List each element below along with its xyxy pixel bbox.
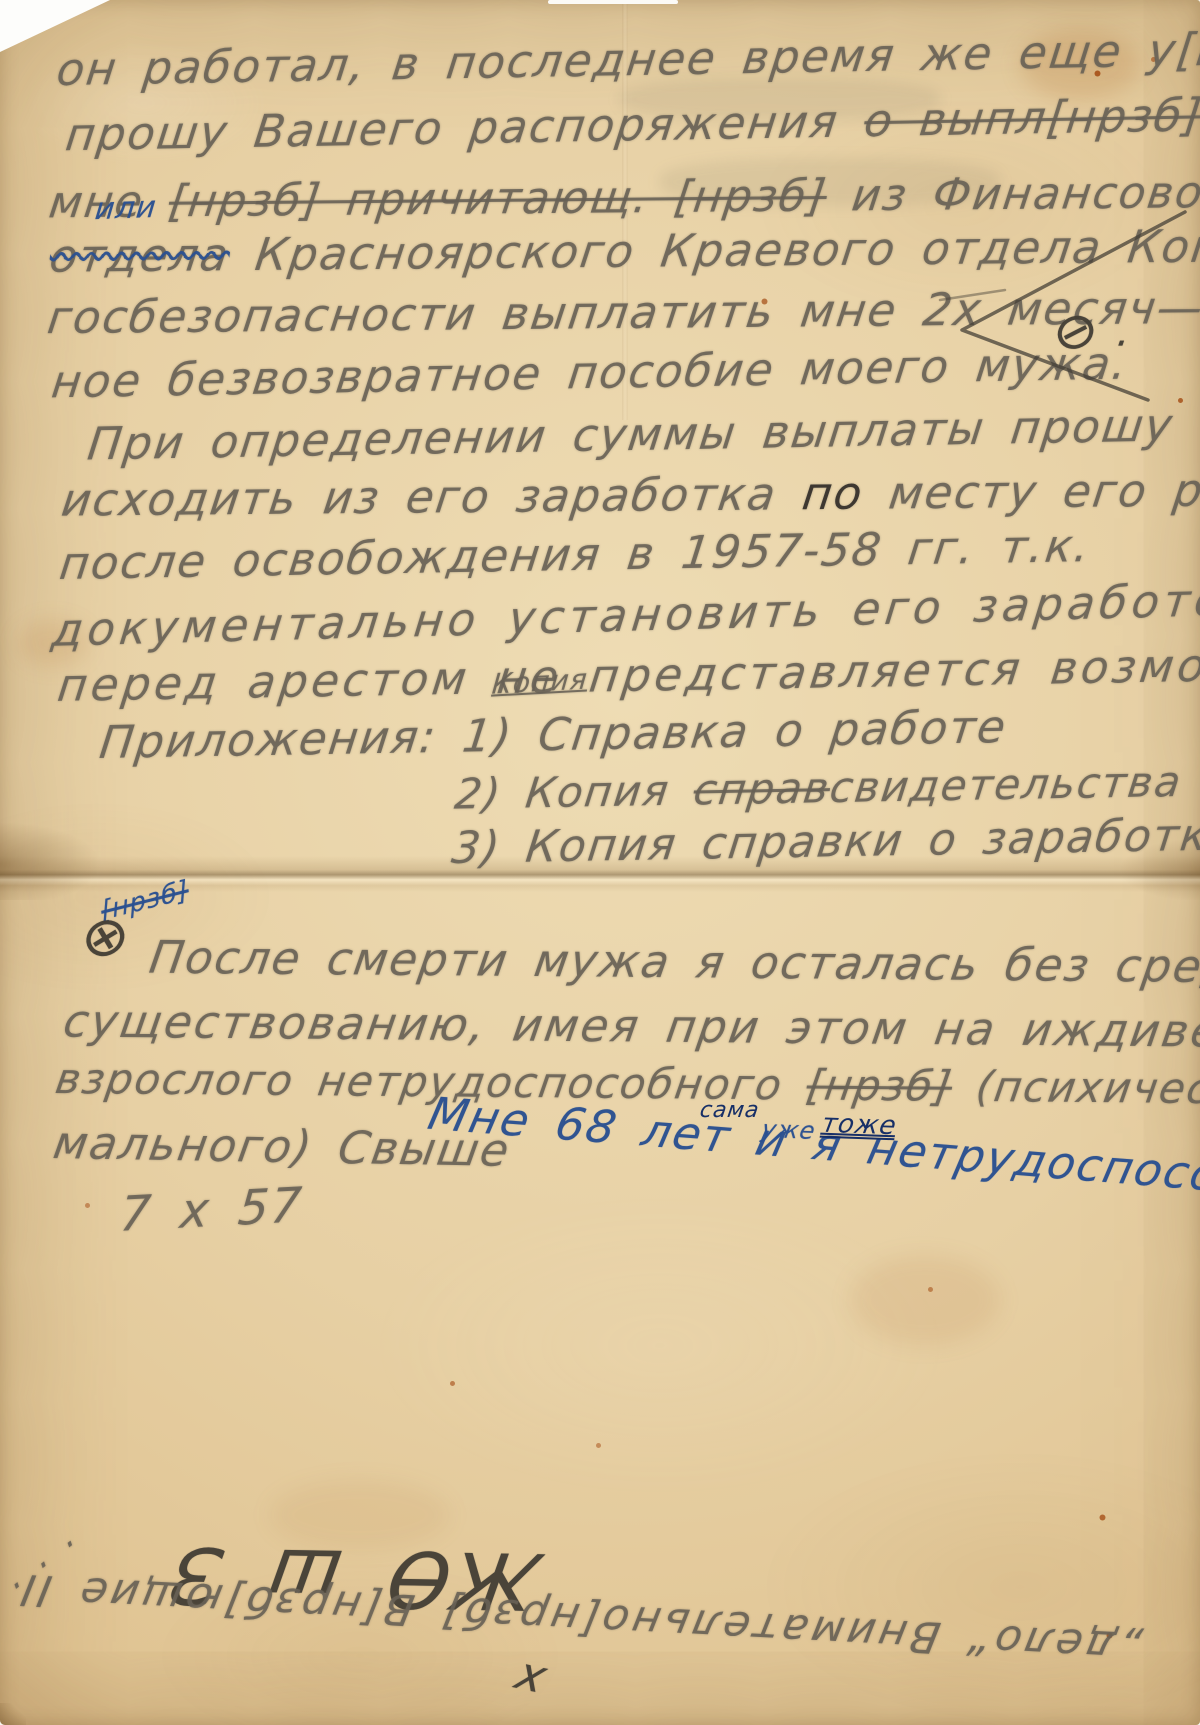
handwritten-segment: госбезопасности выплатить мне 2х месяч— [45,281,1200,344]
handwritten-line-2: мне [нрзб] причитающ. [нрзб] из Финансов… [46,160,1200,225]
handwritten-segment: свидетельства о см. [827,754,1200,812]
handwritten-segment: о выпл[нрзб]е [861,88,1200,148]
handwritten-line-21: существованию, имея при этом на иждивени… [61,999,1200,1055]
handwritten-segment: уже [760,1115,818,1145]
handwritten-segment: сама [698,1098,761,1123]
handwritten-line-15: Копия [491,665,589,698]
handwritten-line-25: сама [698,1100,760,1122]
handwritten-segment: месту его работы [860,462,1200,519]
handwritten-segment: [нрзб] [803,1061,956,1111]
handwritten-line-10: исходить из его заработка по месту его р… [59,466,1200,522]
handwritten-line-4: отдела Красноярского Краевого отдела Ком… [47,222,1200,279]
handwritten-line-3: или [93,193,158,225]
handwritten-segment: существованию, имея при этом на иждивени… [60,995,1200,1059]
scan-background-sliver [548,0,678,4]
manuscript-scan: он работал, в последнее время же еще у[н… [0,0,1200,1725]
handwritten-line-26: уже [760,1117,818,1143]
handwritten-segment: по [799,467,867,521]
handwritten-segment: Копия [491,662,590,700]
handwritten-segment: справ [691,763,833,814]
handwritten-segment: 7 х 57 [118,1177,306,1243]
handwritten-segment: отдела [47,228,234,283]
handwritten-line-27: тоже [820,1111,899,1139]
handwritten-segment: из Финансово [823,167,1200,221]
fold-crease-shadow-left [0,820,150,900]
handwritten-segment: [нрзб] причитающ. [нрзб] [166,170,830,227]
handwritten-line-16: 2) Копия справсвидетельства о см. [452,758,1200,815]
handwritten-segment: Красноярского Краевого отдела Комитета [226,218,1200,281]
handwritten-line-28: 7 х 57 [118,1181,305,1239]
handwritten-segment: (психически ненор [949,1062,1200,1115]
handwritten-segment: После смерти мужа я осталась без средств… [146,931,1200,995]
handwritten-line-20: После смерти мужа я осталась без средств… [147,935,1200,991]
handwritten-segment: 2) Копия [452,765,697,818]
handwritten-segment: тоже [819,1109,899,1141]
handwritten-line-17: 3) Копия справки о заработке, [449,813,1200,871]
paper-sheet: он работал, в последнее время же еще у[н… [0,0,1200,1725]
handwritten-line-5: госбезопасности выплатить мне 2х месяч— [45,285,1200,340]
handwritten-segment: исходить из его заработка [59,467,807,527]
bottom-left-corner-shadow [0,1703,26,1725]
handwritten-segment: или [93,190,158,227]
foxing-stain [850,1255,1000,1345]
